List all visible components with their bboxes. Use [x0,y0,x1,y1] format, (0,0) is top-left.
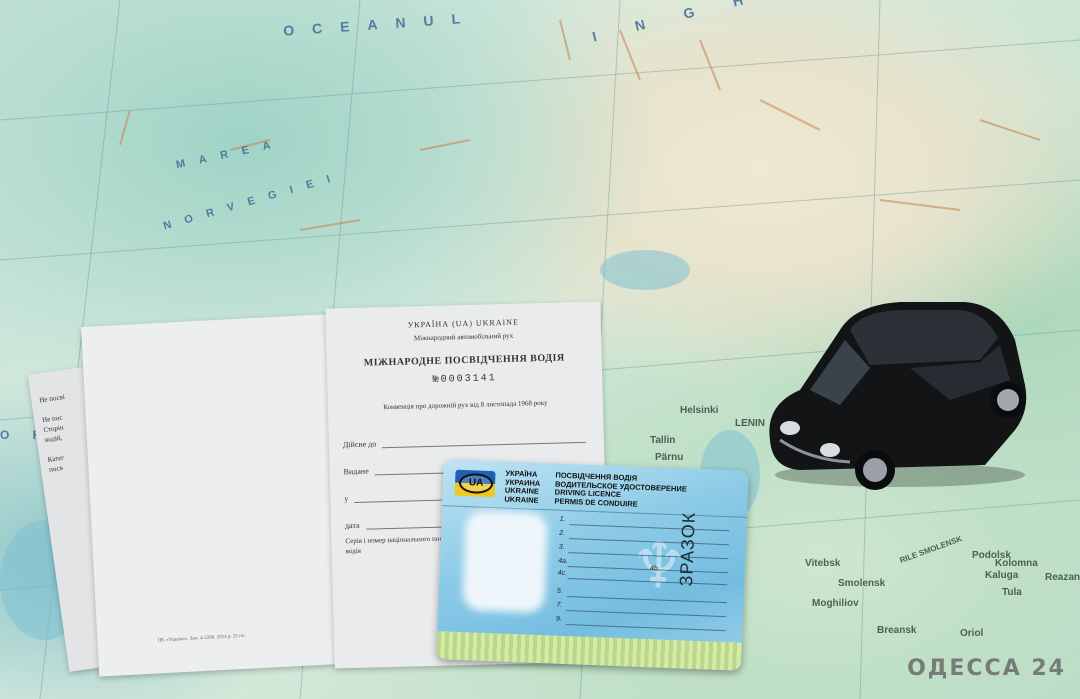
licence-field-9: 9. [556,616,562,623]
permit-footer: ПК «Україна». Зам. 4-3206. 2014 р. 25 пп… [157,634,246,644]
permit-left-page: ПК «Україна». Зам. 4-3206. 2014 р. 25 пп… [81,313,359,676]
city-label: Kolomna [995,558,1038,569]
city-label: Tula [1002,587,1022,598]
country-line: UKRAINE [504,495,540,505]
city-label: Oriol [960,628,983,639]
licence-field-4a: 4a. [558,558,568,565]
city-label: Kaluga [985,570,1018,581]
city-label: Moghiliov [812,598,859,609]
licence-field-4c: 4c. [558,570,568,577]
lake [600,250,690,290]
licence-field-1: 1. [560,516,566,523]
licence-title: ПОСВІДЧЕННЯ ВОДІЯ ВОДИТЕЛЬСКОЕ УДОСТОВЕР… [554,472,687,511]
country-names: УКРАЇНА УКРАИНА UKRAINE UKRAINE [504,470,541,505]
toy-car [760,290,1030,490]
licence-field-2: 2. [559,530,565,537]
city-label: Vitebsk [805,558,840,569]
city-label: Smolensk [838,578,885,589]
licence-field-5: 5. [557,588,563,595]
sample-stamp: ЗРАЗОК [676,511,700,586]
field-label: Видане [343,467,368,477]
city-label: Breansk [877,625,916,636]
field-label: у [344,494,348,503]
city-label: Helsinki [680,405,718,416]
photo-placeholder [462,510,548,613]
permit-number: №0003141 [327,370,602,388]
city-label: Tallin [650,435,675,446]
licence-field-4b: 4b. [650,565,660,572]
permit-org: Міжнародний автомобільний рух [326,329,601,344]
field-label: Дійсне до [343,439,377,449]
permit-title: МІЖНАРОДНЕ ПОСВІДЧЕННЯ ВОДІЯ [327,351,602,369]
city-label: Reazan [1045,572,1080,583]
watermark-logo: ОДЕССА 24 [907,656,1066,681]
licence-field-7: 7. [556,602,562,609]
licence-field-3: 3. [559,544,565,551]
field-label: дата [345,521,360,530]
city-label: Pärnu [655,452,683,463]
driving-licence-card: UA УКРАЇНА УКРАИНА UKRAINE UKRAINE ПОСВІ… [436,459,748,671]
permit-header: УКРАЇНА (UA) UKRAINE [326,315,601,331]
